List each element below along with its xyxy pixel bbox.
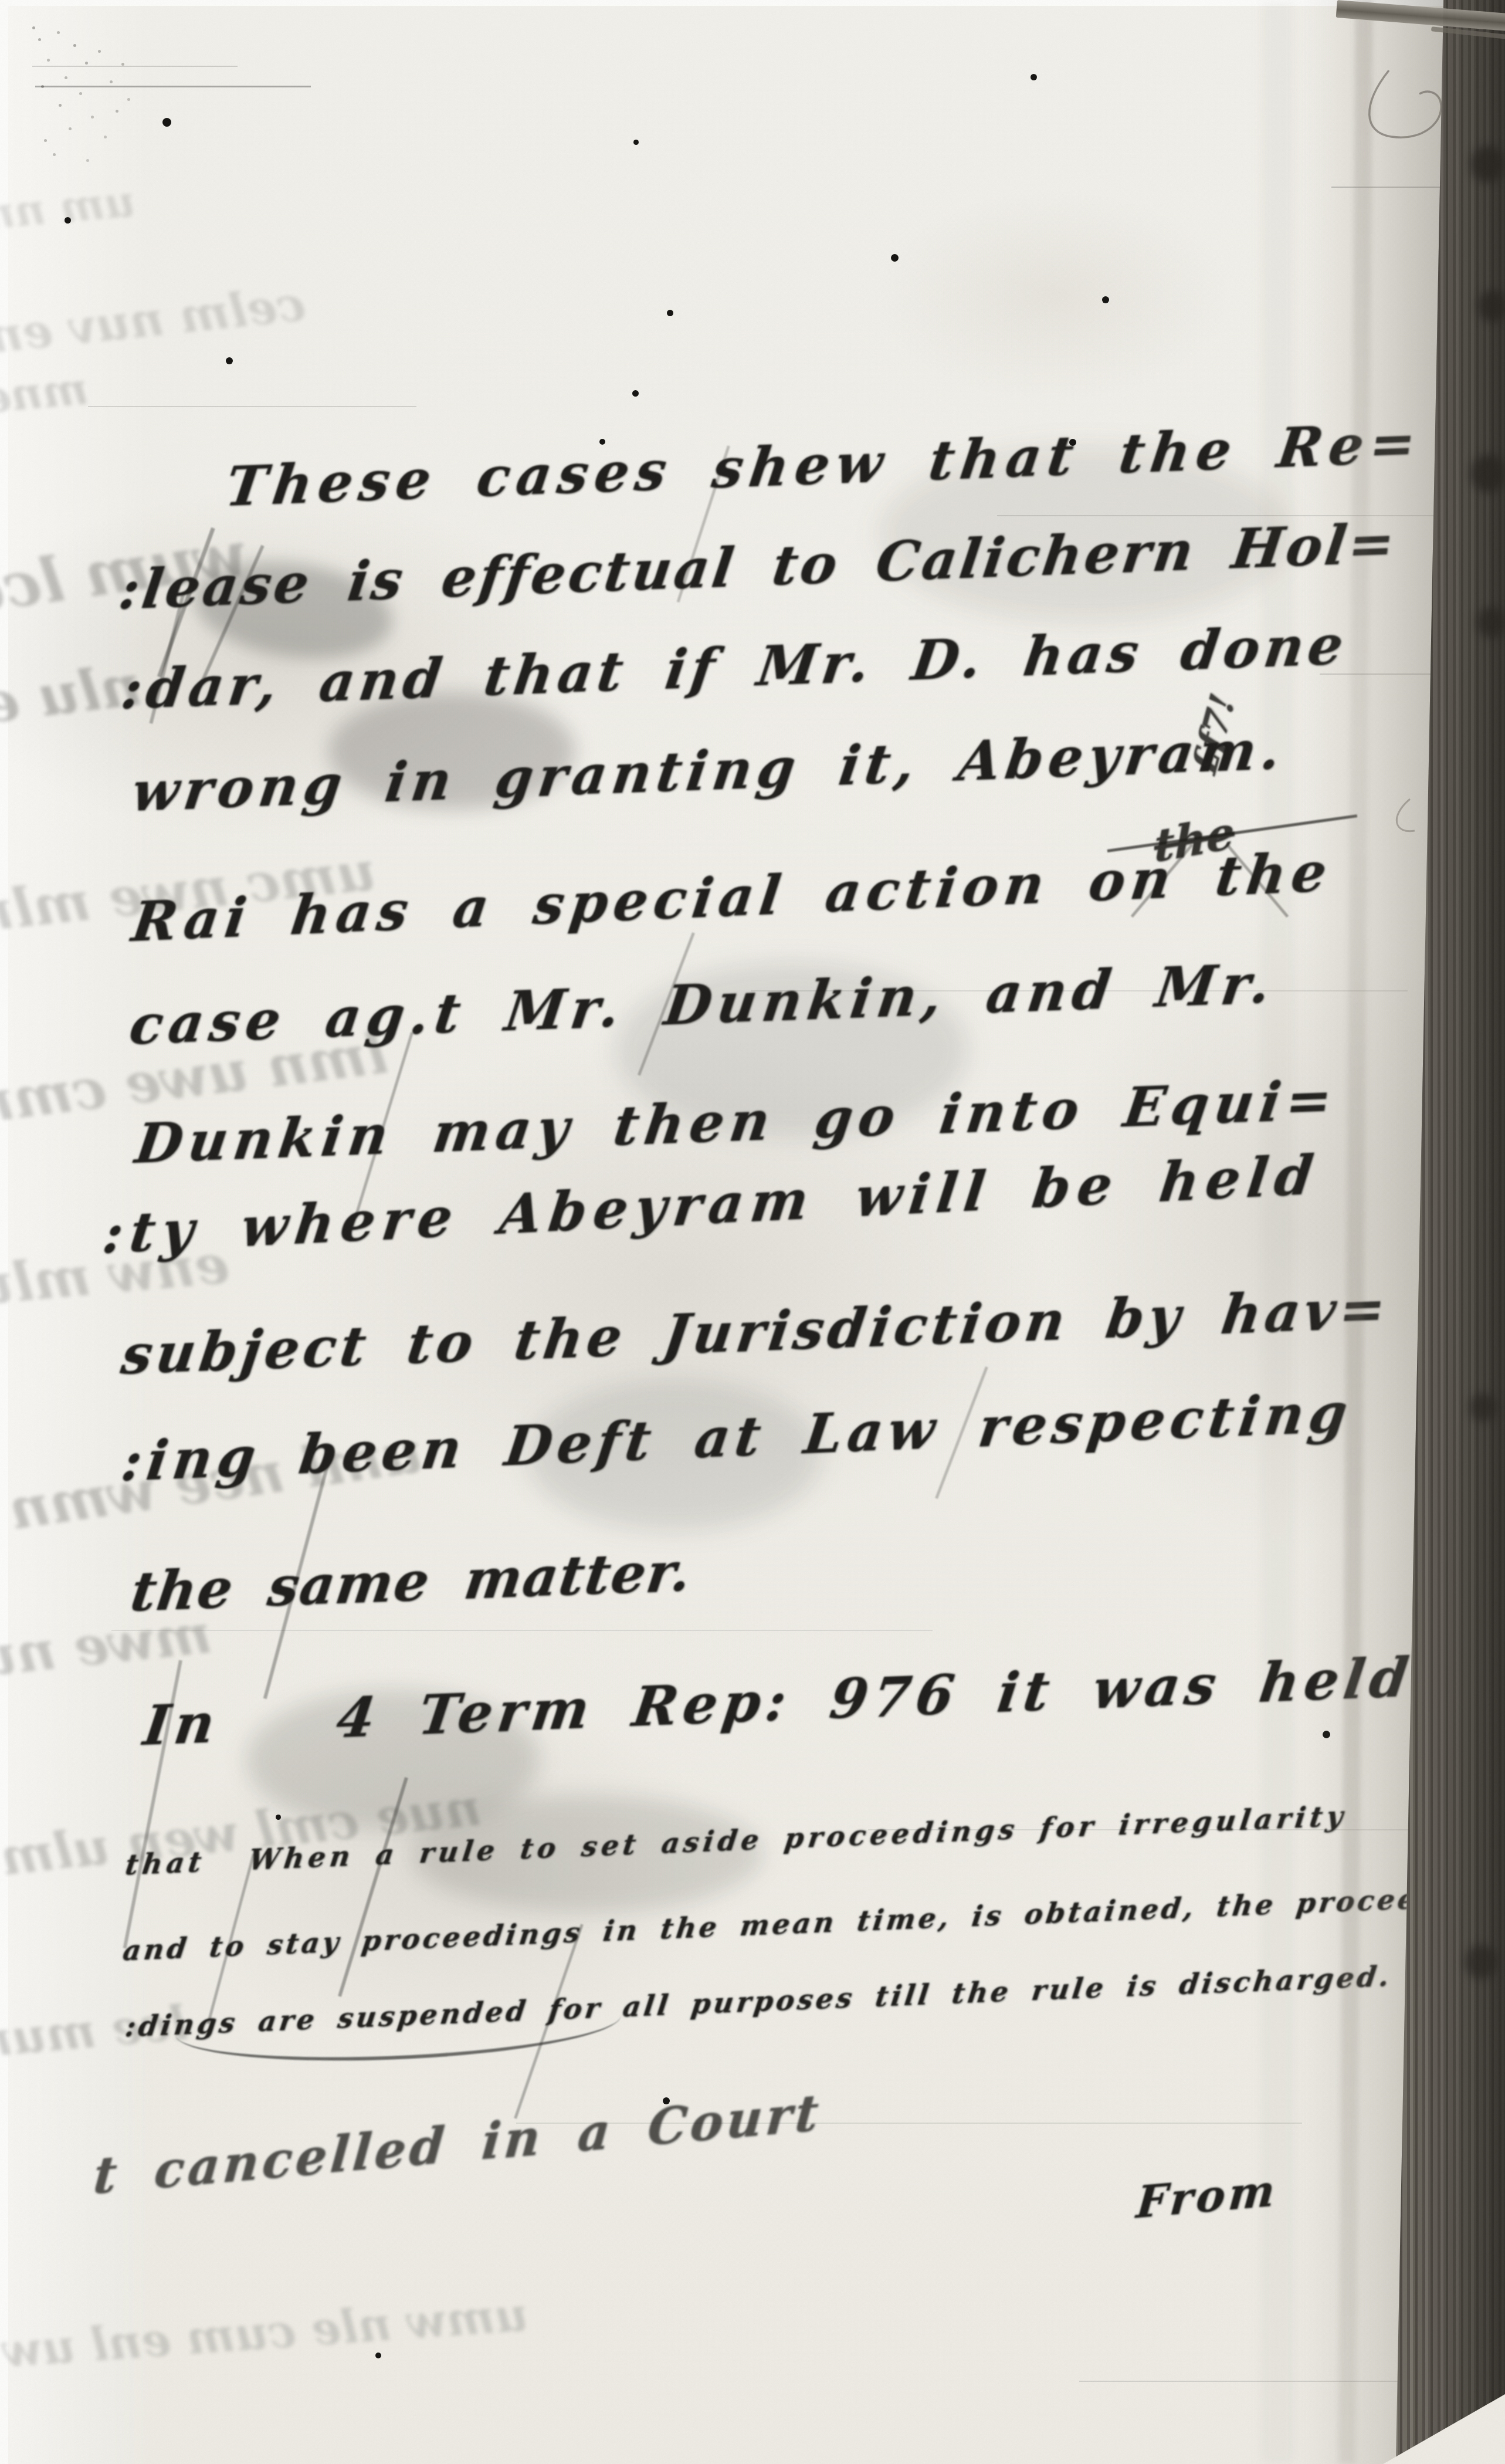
ink-speck [1031,74,1037,80]
binding-blob [1471,454,1505,493]
scratch-line [35,86,311,87]
page-curl-streak [1261,0,1296,2464]
scratch-line [32,66,238,67]
ink-speck [276,1815,281,1820]
scratch-line [111,1630,933,1631]
scratch-line [88,406,416,407]
scanned-manuscript-page: um nnce mw ulne cm nem celm nuv emw nlce… [0,0,1505,2464]
binding-blob [1465,1944,1498,1979]
ink-speck [663,2097,670,2104]
ink-speck [375,2353,381,2358]
scratch-line [516,2123,1302,2124]
ink-speck [1069,439,1076,446]
ink-speck [226,357,233,364]
ink-speck [667,310,673,316]
ink-speck [632,390,639,397]
binding-blob [1470,1393,1497,1422]
ink-speck [599,439,605,445]
binding-blob [1471,145,1505,183]
binding-blob [1478,290,1505,323]
speckle-cluster [32,26,35,29]
ink-speck [1102,296,1109,303]
ink-speck [891,254,899,262]
ink-speck [162,118,171,127]
ink-speck [65,217,71,224]
ink-speck [633,140,639,145]
binding-blob [1477,607,1505,638]
scan-edge-left [0,0,8,2464]
